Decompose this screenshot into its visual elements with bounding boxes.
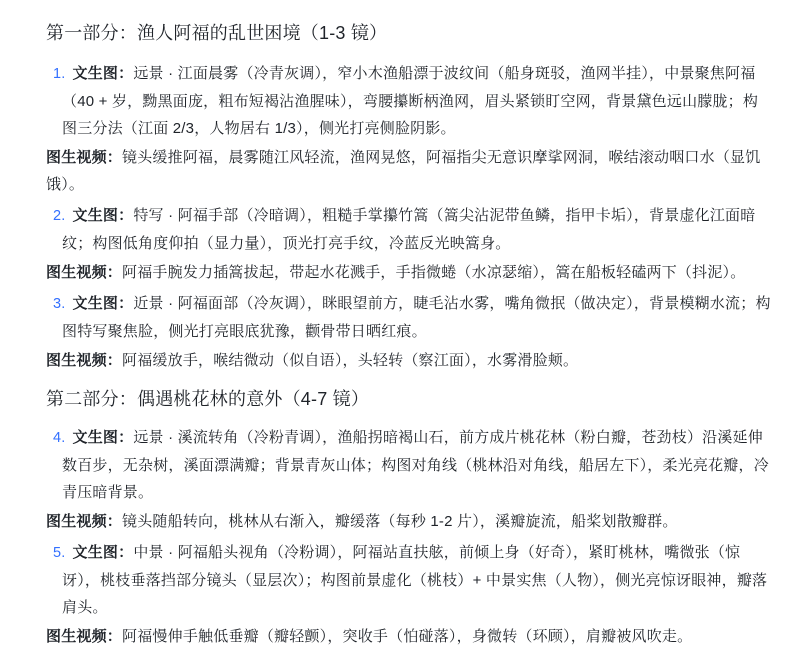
shot-item-4: 4.文生图：远景 · 溪流转角（冷粉青调），渔船拐暗褐山石，前方成片桃花林（粉白… [46,424,771,506]
list-number: 5. [53,545,66,561]
video-prompt-4: 图生视频：镜头随船转向，桃林从右渐入，瓣缓落（每秒 1-2 片），溪瓣旋流，船桨… [46,508,771,535]
list-number: 4. [53,430,66,446]
image-prompt-text: 远景 · 溪流转角（冷粉青调），渔船拐暗褐山石，前方成片桃花林（粉白瓣，苍劲枝）… [62,429,769,501]
image-prompt-label: 文生图： [73,544,134,561]
image-prompt-text: 远景 · 江面晨雾（冷青灰调），窄小木渔船漂于波纹间（船身斑驳，渔网半挂），中景… [62,65,758,137]
shot-block-4: 4.文生图：远景 · 溪流转角（冷粉青调），渔船拐暗褐山石，前方成片桃花林（粉白… [46,424,771,535]
shot-item-1: 1.文生图：远景 · 江面晨雾（冷青灰调），窄小木渔船漂于波纹间（船身斑驳，渔网… [46,60,771,142]
image-prompt-label: 文生图： [73,429,134,446]
shot-item-2: 2.文生图：特写 · 阿福手部（冷暗调），粗糙手掌攥竹篙（篙尖沾泥带鱼鳞，指甲卡… [46,202,771,257]
shot-block-1: 1.文生图：远景 · 江面晨雾（冷青灰调），窄小木渔船漂于波纹间（船身斑驳，渔网… [46,60,771,198]
shot-block-3: 3.文生图：近景 · 阿福面部（冷灰调），眯眼望前方，睫毛沾水雾，嘴角微抿（做决… [46,290,771,374]
list-number: 3. [53,296,66,312]
image-prompt-label: 文生图： [73,65,134,82]
list-number: 1. [53,66,66,82]
list-number: 2. [53,208,66,224]
video-prompt-5: 图生视频：阿福慢伸手触低垂瓣（瓣轻颤），突收手（怕碰落），身微转（环顾），肩瓣被… [46,623,771,650]
video-prompt-label: 图生视频： [46,264,122,281]
video-prompt-text: 阿福慢伸手触低垂瓣（瓣轻颤），突收手（怕碰落），身微转（环顾），肩瓣被风吹走。 [122,628,692,645]
video-prompt-text: 镜头缓推阿福，晨雾随江风轻流，渔网晃悠，阿福指尖无意识摩挲网洞，喉结滚动咽口水（… [46,149,760,193]
shot-block-2: 2.文生图：特写 · 阿福手部（冷暗调），粗糙手掌攥竹篙（篙尖沾泥带鱼鳞，指甲卡… [46,202,771,286]
image-prompt-text: 特写 · 阿福手部（冷暗调），粗糙手掌攥竹篙（篙尖沾泥带鱼鳞，指甲卡垢），背景虚… [62,207,755,252]
section-heading-part2: 第二部分：偶遇桃花林的意外（4-7 镜） [46,386,771,412]
video-prompt-label: 图生视频： [46,352,122,369]
image-prompt-label: 文生图： [73,295,134,312]
video-prompt-label: 图生视频： [46,628,122,645]
video-prompt-1: 图生视频：镜头缓推阿福，晨雾随江风轻流，渔网晃悠，阿福指尖无意识摩挲网洞，喉结滚… [46,144,771,198]
video-prompt-3: 图生视频：阿福缓放手，喉结微动（似自语），头轻转（察江面），水雾滑脸颊。 [46,347,771,374]
section-heading-part1: 第一部分：渔人阿福的乱世困境（1-3 镜） [46,20,771,46]
video-prompt-text: 镜头随船转向，桃林从右渐入，瓣缓落（每秒 1-2 片），溪瓣旋流，船桨划散瓣群。 [122,513,678,530]
shot-block-5: 5.文生图：中景 · 阿福船头视角（冷粉调），阿福站直扶舷，前倾上身（好奇），紧… [46,539,771,650]
image-prompt-text: 近景 · 阿福面部（冷灰调），眯眼望前方，睫毛沾水雾，嘴角微抿（做决定），背景模… [62,295,771,340]
image-prompt-text: 中景 · 阿福船头视角（冷粉调），阿福站直扶舷，前倾上身（好奇），紧盯桃林，嘴微… [62,544,767,616]
shot-item-3: 3.文生图：近景 · 阿福面部（冷灰调），眯眼望前方，睫毛沾水雾，嘴角微抿（做决… [46,290,771,345]
shot-item-5: 5.文生图：中景 · 阿福船头视角（冷粉调），阿福站直扶舷，前倾上身（好奇），紧… [46,539,771,621]
document-page: 第一部分：渔人阿福的乱世困境（1-3 镜） 1.文生图：远景 · 江面晨雾（冷青… [0,0,795,650]
video-prompt-label: 图生视频： [46,513,122,530]
image-prompt-label: 文生图： [73,207,134,224]
video-prompt-2: 图生视频：阿福手腕发力插篙拔起，带起水花溅手，手指微蜷（水凉瑟缩），篙在船板轻磕… [46,259,771,286]
video-prompt-text: 阿福缓放手，喉结微动（似自语），头轻转（察江面），水雾滑脸颊。 [122,352,578,369]
video-prompt-label: 图生视频： [46,149,122,166]
video-prompt-text: 阿福手腕发力插篙拔起，带起水花溅手，手指微蜷（水凉瑟缩），篙在船板轻磕两下（抖泥… [122,264,745,281]
